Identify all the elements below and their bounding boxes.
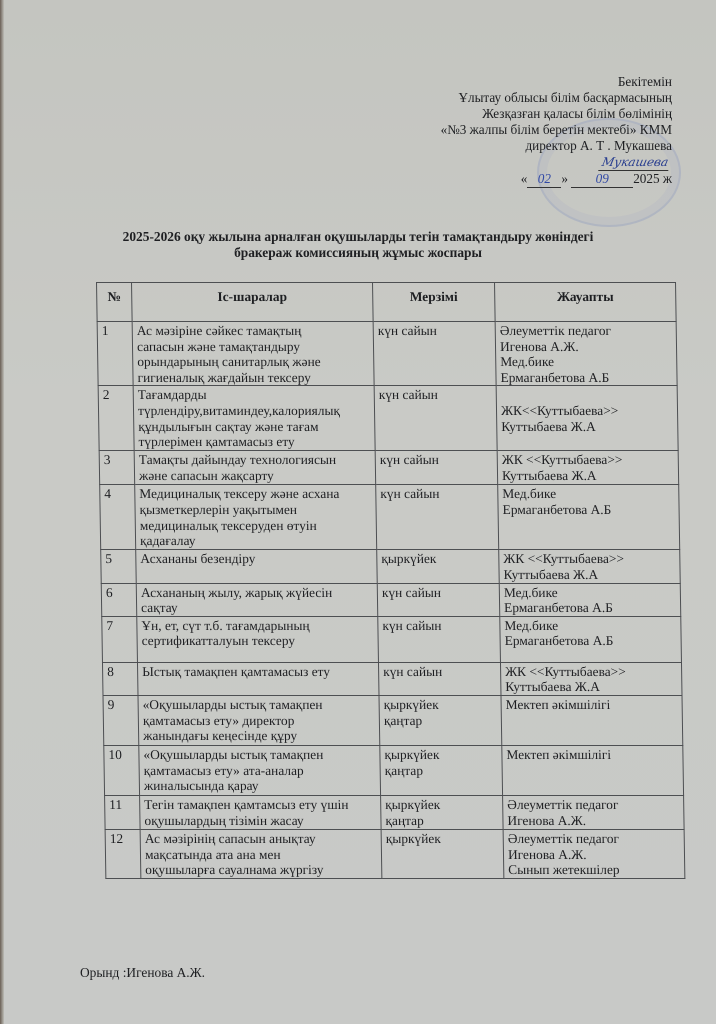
header-number: №: [97, 283, 133, 322]
executor-note: Орынд :Игенова А.Ж.: [80, 965, 205, 981]
cell-responsible: ЖК <<Куттыбаева>> Куттыбаева Ж.А: [499, 550, 681, 583]
header-activities: Іс-шаралар: [132, 283, 374, 322]
cell-number: 8: [102, 662, 138, 695]
cell-activity: Медициналық тексеру және асхана қызметке…: [135, 485, 377, 550]
cell-number: 11: [105, 795, 141, 829]
cell-term: күн сайын: [378, 662, 501, 695]
cell-responsible: Мектеп әкімшілігі: [502, 745, 684, 795]
cell-term: күн сайын: [374, 386, 497, 451]
cell-responsible: Әлеуметтік педагог Игенова А.Ж.: [503, 795, 685, 829]
table-row: 10«Оқушыларды ыстық тамақпен қамтамасыз …: [104, 745, 684, 795]
cell-number: 3: [99, 451, 135, 485]
cell-responsible: ЖК <<Куттыбаева>> Куттыбаева Ж.А: [500, 662, 682, 695]
table-row: 11Тегін тамақпен қамтамсыз ету үшін оқуш…: [105, 795, 685, 829]
date-day: 02: [527, 171, 561, 188]
cell-term: күн сайын: [376, 485, 499, 550]
cell-number: 10: [104, 745, 140, 795]
cell-term: қыркүйек қаңтар: [379, 695, 502, 745]
cell-responsible: Мед.бике Ермаганбетова А.Б: [499, 583, 681, 616]
cell-responsible: ЖК<<Куттыбаева>> Куттыбаева Ж.А: [496, 386, 678, 451]
cell-term: күн сайын: [373, 322, 496, 386]
cell-activity: «Оқушыларды ыстық тамақпен қамтамасыз ет…: [138, 695, 380, 745]
cell-activity: Тегін тамақпен қамтамсыз ету үшін оқушыл…: [140, 795, 382, 829]
table-row: 3Тамақты дайындау технологиясын және сап…: [99, 451, 679, 485]
cell-responsible: ЖК <<Куттыбаева>> Куттыбаева Ж.А: [497, 451, 679, 485]
table-row: 2Тағамдарды түрлендіру,витаминдеу,калори…: [98, 386, 678, 451]
table-row: 6Асхананың жылу, жарық жүйесін сақтаукүн…: [101, 583, 681, 616]
cell-responsible: Мед.бике Ермаганбетова А.Б: [500, 616, 682, 662]
cell-term: қыркүйек қаңтар: [380, 745, 503, 795]
cell-responsible: Әлеуметтік педагог Игенова А.Ж. Сынып же…: [503, 829, 685, 878]
approval-date: «02» 092025 ж: [441, 171, 672, 188]
cell-activity: Ыстық тамақпен қамтамасыз ету: [137, 662, 379, 695]
cell-activity: Ас мәзіріне сәйкес тамақтың сапасын және…: [132, 322, 374, 386]
date-month: 09: [571, 171, 633, 188]
cell-term: қыркүйек: [377, 550, 500, 583]
cell-activity: Асхананың жылу, жарық жүйесін сақтау: [136, 583, 378, 616]
cell-term: күн сайын: [375, 451, 498, 485]
table-row: 5Асхананы безендіруқыркүйекЖК <<Куттыбае…: [101, 550, 681, 583]
cell-activity: «Оқушыларды ыстық тамақпен қамтамасыз ет…: [139, 745, 381, 795]
cell-responsible: Мектеп әкімшілігі: [501, 695, 683, 745]
approval-line: Ұлытау облысы білім басқармасының: [441, 90, 672, 106]
approval-line: директор А. Т . Мукашева: [441, 138, 672, 154]
header-term: Мерзімі: [373, 283, 496, 322]
cell-activity: Ұн, ет, сүт т.б. тағамдарының сертификат…: [137, 616, 379, 662]
approval-line: Бекітемін: [441, 74, 672, 90]
table-row: 4Медициналық тексеру және асхана қызметк…: [100, 485, 680, 550]
table-header-row: № Іс-шаралар Мерзімі Жауапты: [97, 283, 677, 322]
table-row: 1 Ас мәзіріне сәйкес тамақтың сапасын жә…: [97, 322, 677, 386]
cell-responsible: Мед.бике Ермаганбетова А.Б: [498, 485, 680, 550]
cell-term: күн сайын: [377, 583, 500, 616]
cell-term: күн сайын: [378, 616, 501, 662]
cell-number: 9: [103, 695, 139, 745]
approval-line: «№3 жалпы білім беретін мектебі» КММ: [441, 122, 672, 138]
cell-number: 5: [101, 550, 137, 583]
table-row: 7Ұн, ет, сүт т.б. тағамдарының сертифика…: [102, 616, 682, 662]
approval-block: Бекітемін Ұлытау облысы білім басқармасы…: [441, 74, 672, 188]
cell-number: 4: [100, 485, 136, 550]
signature: Мукашева: [598, 154, 672, 171]
signature-row: Мукашева: [441, 154, 672, 171]
cell-number: 7: [102, 616, 138, 662]
plan-table: № Іс-шаралар Мерзімі Жауапты 1 Ас мәзірі…: [96, 282, 685, 879]
cell-number: 6: [101, 583, 137, 616]
cell-activity: Ас мәзірінің сапасын анықтау мақсатында …: [140, 829, 382, 878]
photo-edge: [0, 0, 4, 1024]
cell-number: 1: [97, 322, 133, 386]
cell-activity: Тамақты дайындау технологиясын және сапа…: [134, 451, 376, 485]
cell-activity: Асхананы безендіру: [136, 550, 378, 583]
approval-line: Жезқазған қаласы білім бөлімінің: [441, 106, 672, 122]
table-row: 8Ыстық тамақпен қамтамасыз етукүн сайынЖ…: [102, 662, 682, 695]
date-year: 2025 ж: [633, 171, 672, 186]
cell-responsible: Әлеуметтік педагог Игенова А.Ж. Мед.бике…: [495, 322, 677, 386]
table-row: 9«Оқушыларды ыстық тамақпен қамтамасыз е…: [103, 695, 683, 745]
document-title: 2025-2026 оқу жылына арналған оқушыларды…: [0, 229, 716, 261]
cell-activity: Тағамдарды түрлендіру,витаминдеу,калория…: [133, 386, 375, 451]
cell-number: 12: [105, 829, 141, 878]
cell-number: 2: [98, 386, 134, 451]
cell-term: қыркүйек: [381, 829, 504, 878]
header-responsible: Жауапты: [495, 283, 677, 322]
table-row: 12Ас мәзірінің сапасын анықтау мақсатынд…: [105, 829, 685, 878]
cell-term: қыркүйек қаңтар: [381, 795, 504, 829]
